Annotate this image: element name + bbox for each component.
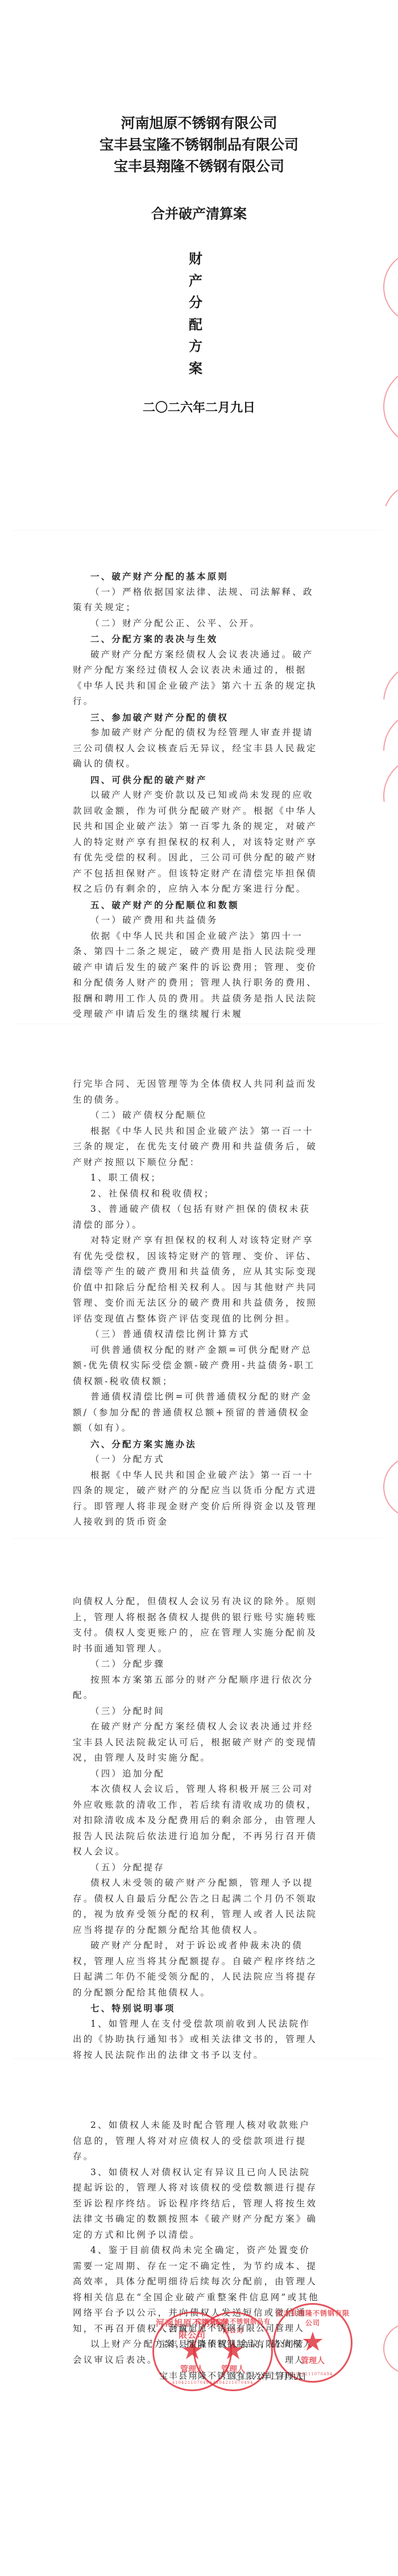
paragraph: 以破产人财产变价款以及已知或尚未发现的应收款回收金额，作为可供分配破产财产。根据…: [73, 788, 320, 897]
paging-seal-edge: [383, 483, 398, 506]
cover-page: 河南旭原不锈钢有限公司 宝丰县宝隆不锈钢制品有限公司 宝丰县翔隆不锈钢有限公司 …: [0, 0, 398, 500]
seal-icon: [383, 711, 398, 751]
document-title-vertical: 财 产 分 配 方 案: [189, 248, 202, 379]
paragraph: 根据《中华人民共和国企业破产法》第一百一十三条的规定，在优先支付破产费用和共益债…: [73, 1124, 320, 1171]
paragraph: 债权人未受领的破产财产分配额，管理人予以提存。债权人自最后分配公告之日起满二个月…: [73, 1875, 320, 1938]
sub-item: （二）财产分配公正、公平、公开。: [73, 616, 320, 632]
sub-item: （五）分配提存: [73, 1860, 320, 1876]
section-heading: 六、分配方案实施办法: [73, 1436, 320, 1452]
title-char: 方: [189, 336, 202, 358]
signature-date: 二〇二六年二月九日: [216, 2370, 307, 2382]
sub-item: （三）分配时间: [73, 1704, 320, 1720]
seal-icon: [383, 2323, 398, 2374]
cover-company-name: 宝丰县翔隆不锈钢有限公司: [0, 156, 398, 177]
cover-company-list: 河南旭原不锈钢有限公司 宝丰县宝隆不锈钢制品有限公司 宝丰县翔隆不锈钢有限公司: [0, 113, 398, 177]
section-heading: 五、破产财产的分配顺位和数额: [73, 897, 320, 913]
paragraph: 按照本方案第五部分的财产分配顺序进行依次分配。: [73, 1672, 320, 1704]
page-3-body: 向债权人分配，但债权人会议另有决议的除外。原则上，管理人将根据各债权人提供的银行…: [73, 1594, 320, 2063]
paragraph: 根据《中华人民共和国企业破产法》第一百一十四条的规定，破产财产的分配应当以货币分…: [73, 1468, 320, 1530]
page-divider: [13, 530, 382, 531]
formula: 普通债权清偿比例=可供普通债权分配的财产金额/（参加分配的普通债权总额+预留的普…: [73, 1389, 320, 1436]
paging-seal-edge: [383, 250, 398, 324]
seal-icon: [383, 1456, 398, 1518]
paragraph: 2、如债权人未能及时配合管理人核对收款账户信息的，管理人将对对应债权人的受偿款项…: [73, 2118, 320, 2165]
paragraph-continued: 向债权人分配，但债权人会议另有决议的除外。原则上，管理人将根据各债权人提供的银行…: [73, 1594, 320, 1656]
seal-icon: [383, 662, 398, 699]
section-heading: 一、破产财产分配的基本原则: [73, 569, 320, 585]
sub-item: （二）破产债权分配顺位: [73, 1108, 320, 1124]
sub-item: （一）分配方式: [73, 1452, 320, 1468]
paragraph: 破产财产分配时，对于诉讼或者仲裁未决的债权，管理人应当将其分配额提存。自破产程序…: [73, 1938, 320, 2001]
paging-seal-edge: [383, 1456, 398, 1518]
paragraph: 1、如管理人在支付受偿款项前收到人民法院作出的《协助执行通知书》或相关法律文书的…: [73, 2016, 320, 2064]
paging-seal-edge: [383, 756, 398, 802]
title-char: 案: [189, 358, 202, 380]
seal-icon: [383, 756, 398, 802]
paging-seal-edge: [383, 662, 398, 699]
list-item: 2、社保债权和税收债权；: [73, 1186, 320, 1202]
sub-item: （一）严格依据国家法律、法规、司法解释、政策有关规定；: [73, 585, 320, 616]
title-char: 分: [189, 292, 202, 314]
paragraph: 3、如债权人对债权认定有异议且已向人民法院提起诉讼的，管理人将对该债权的受偿数额…: [73, 2165, 320, 2243]
title-char: 产: [189, 270, 202, 292]
paragraph: 破产财产分配方案经债权人会议表决通过。破产财产分配方案经过债权人会议表决未通过的…: [73, 647, 320, 710]
section-heading: 三、参加破产财产分配的债权: [73, 710, 320, 726]
paragraph: 在破产财产分配方案经债权人会议表决通过并经宝丰县人民法院裁定认可后，根据破产财产…: [73, 1719, 320, 1766]
paging-seal-edge: [383, 2323, 398, 2374]
page-2-body: 行完毕合同、无因管理等为全体债权人共同利益而发生的债务。 （二）破产债权分配顺位…: [73, 1076, 320, 1530]
page-1-body: 一、破产财产分配的基本原则 （一）严格依据国家法律、法规、司法解释、政策有关规定…: [73, 569, 320, 1022]
cover-company-name: 河南旭原不锈钢有限公司: [0, 113, 398, 134]
paragraph-continued: 行完毕合同、无因管理等为全体债权人共同利益而发生的债务。: [73, 1076, 320, 1108]
section-heading: 七、特别说明事项: [73, 2001, 320, 2016]
section-heading: 四、可供分配的破产财产: [73, 772, 320, 788]
signatory: 河南旭原不锈钢有限公司管理人: [156, 2320, 304, 2336]
sub-item: （四）追加分配: [73, 1766, 320, 1782]
star-icon: ★: [301, 2329, 324, 2355]
page-divider: [13, 1024, 382, 1024]
list-item: 1、职工债权；: [73, 1170, 320, 1186]
sub-item: （二）分配步骤: [73, 1656, 320, 1672]
cover-company-name: 宝丰县宝隆不锈钢制品有限公司: [0, 134, 398, 156]
case-title: 合并破产清算案: [0, 202, 398, 222]
paragraph: 对特定财产享有担保权的权利人对该特定财产享有优先受偿权，因该特定财产的管理、变价…: [73, 1233, 320, 1327]
seal-icon: [383, 367, 398, 446]
paragraph: 本次债权人会议后，管理人将积极开展三公司对外应收账款的清收工作，若后续有清收成功…: [73, 1782, 320, 1860]
seal-icon: [383, 483, 398, 506]
title-char: 财: [189, 248, 202, 270]
paragraph: 参加破产财产分配的债权为经管理人审查并提请三公司债权人会议核查后无异议，经宝丰县…: [73, 725, 320, 772]
section-heading: 二、分配方案的表决与生效: [73, 631, 320, 647]
page-divider: [13, 1538, 382, 1539]
list-item: 3、普通破产债权（包括有财产担保的债权未获清偿的部分）。: [73, 1202, 320, 1233]
title-char: 配: [189, 314, 202, 336]
formula: 可供普通债权分配的财产金额=可供分配财产总额-优先债权实际受偿金额-破产费用-共…: [73, 1343, 320, 1390]
sub-item: （一）破产费用和共益债务: [73, 913, 320, 929]
page-divider: [13, 2059, 382, 2059]
paragraph: 依据《中华人民共和国企业破产法》第四十一条、第四十二条之规定，破产费用是指人民法…: [73, 929, 320, 1022]
paging-seal-edge: [383, 367, 398, 446]
cover-date: 二〇二六年二月九日: [0, 398, 398, 416]
seal-icon: [383, 250, 398, 324]
signatory: 宝丰县宝隆不锈钢制品有限公司管理人: [156, 2336, 304, 2368]
sub-item: （三）普通债权清偿比例计算方式: [73, 1327, 320, 1343]
paging-seal-edge: [383, 711, 398, 751]
